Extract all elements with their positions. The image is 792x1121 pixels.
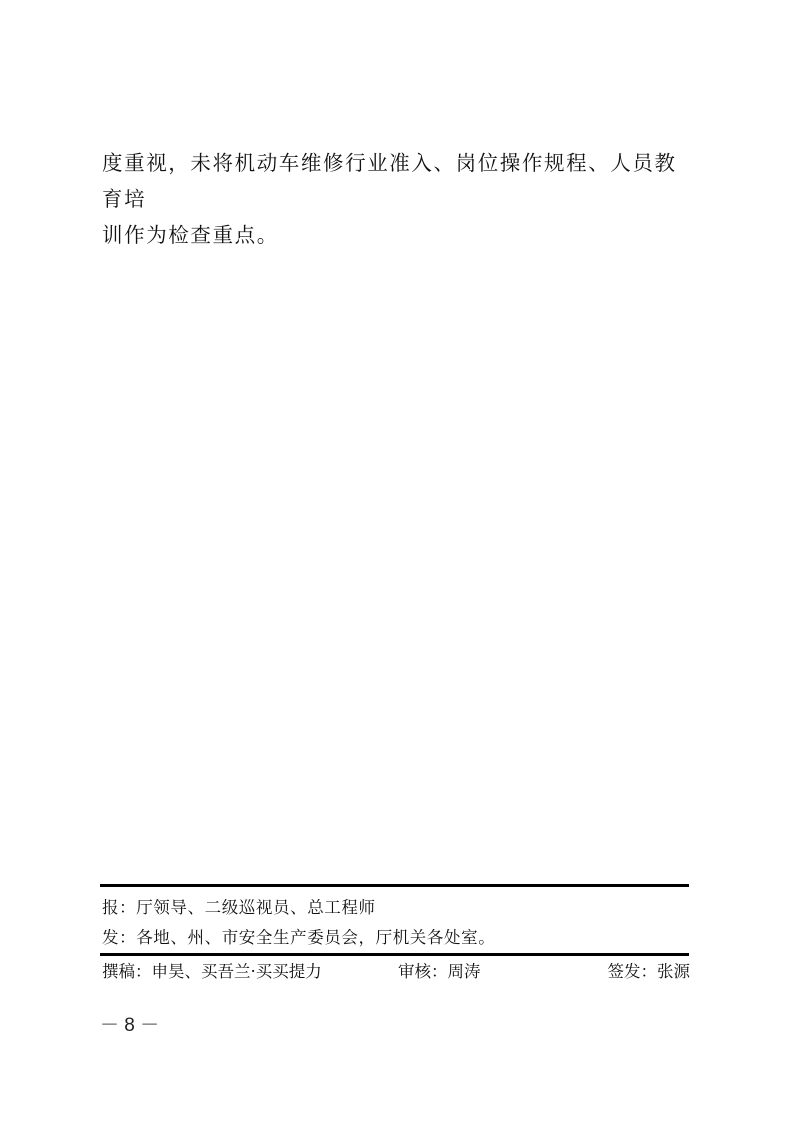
drafter: 撰稿：申昊、买吾兰·买买提力 — [102, 960, 322, 984]
reviewer: 审核：周涛 — [398, 960, 481, 984]
report-to-value: 厅领导、二级巡视员、总工程师 — [136, 898, 375, 917]
report-to-label: 报： — [102, 898, 136, 917]
issuer-label: 签发： — [608, 962, 658, 981]
body-paragraph: 度重视，未将机动车维修行业准入、岗位操作规程、人员教育培 训作为检查重点。 — [102, 145, 692, 253]
body-line-2: 训作为检查重点。 — [102, 217, 692, 253]
reviewer-value: 周涛 — [448, 962, 481, 981]
page-number: － 8 － — [100, 1014, 159, 1038]
reviewer-label: 审核： — [398, 962, 448, 981]
send-to-value: 各地、州、市安全生产委员会，厅机关各处室。 — [136, 928, 495, 947]
report-to-line: 报：厅领导、二级巡视员、总工程师 — [102, 897, 376, 919]
send-to-label: 发： — [102, 928, 136, 947]
document-page: 度重视，未将机动车维修行业准入、岗位操作规程、人员教育培 训作为检查重点。 报：… — [0, 0, 792, 1121]
distribution-top-rule — [100, 884, 689, 887]
issuer-value: 张源 — [657, 962, 690, 981]
body-line-1: 度重视，未将机动车维修行业准入、岗位操作规程、人员教育培 — [102, 145, 692, 217]
send-to-line: 发：各地、州、市安全生产委员会，厅机关各处室。 — [102, 927, 495, 949]
issuer: 签发：张源 — [608, 960, 691, 984]
drafter-value: 申昊、买吾兰·买买提力 — [152, 962, 322, 981]
signature-row: 撰稿：申昊、买吾兰·买买提力 审核：周涛 签发：张源 — [102, 960, 690, 984]
distribution-bottom-rule — [100, 953, 689, 956]
drafter-label: 撰稿： — [102, 962, 152, 981]
